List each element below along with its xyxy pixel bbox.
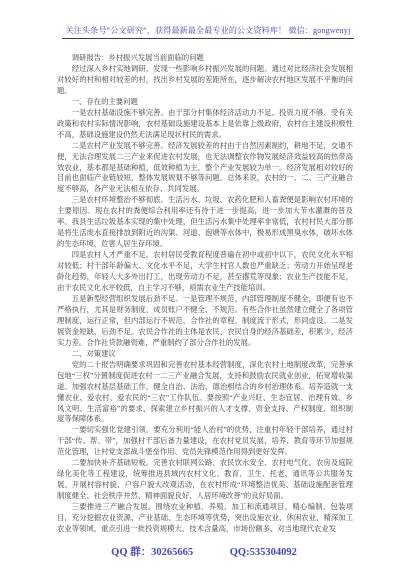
qq-number: QQ:535304092	[230, 547, 297, 558]
header-promo-text: 关注头条号“公文研究”，获得最新最全最专业的公文资料库！ 微信：gongweny…	[66, 23, 351, 39]
document-body: 调研报告：乡村振兴发展当前面临的问题经过深入乡村实地调研，发现一些影响乡村振兴发…	[57, 53, 353, 535]
doc-paragraph: 五是新型经营组织发展后劲不足。一是管理不规范，内部管理制度不健全，即便有也不严格…	[57, 294, 353, 349]
document-page: 关注头条号“公文研究”，获得最新最全最专业的公文资料库！ 微信：gongweny…	[0, 0, 408, 580]
doc-paragraph: 一要切实强化党建引领。要充分利用“能人治村”的优势，注重村年轻干部培养，通过村干…	[57, 425, 353, 458]
footer-contact: QQ 群：30265665 QQ:535304092	[0, 544, 408, 559]
header-banner: 关注头条号“公文研究”，获得最新最全最专业的公文资料库！ 微信：gongweny…	[62, 20, 354, 39]
doc-title: 调研报告：乡村振兴发展当前面临的问题	[57, 53, 353, 64]
doc-paragraph: 经过深入乡村实地调研，发现一些影响乡村振兴发展的问题。通过对比经济社会发展相对较…	[57, 64, 353, 97]
doc-paragraph: 三是农村环境整治不够彻底。生活污水、垃圾、农药化肥和人畜粪便是影响农村环境的主要…	[57, 195, 353, 250]
doc-paragraph: 二是农村产业发展不够完善。经济发展较差的村由于自然因素制约，耕地不足，交通不便，…	[57, 141, 353, 196]
doc-paragraph: 党的二十报告明确要求巩固和完善农村基本经营制度，深化农村土地制度改革，完善承包地…	[57, 360, 353, 426]
qq-group-number: QQ 群：30265665	[111, 547, 193, 558]
doc-paragraph: 一是农村基础设施不够完善。由于部分村集体经济活动力不足、投资力度不够、受有关政策…	[57, 108, 353, 141]
doc-paragraph: 三要推进三产融合发展。围绕农业种植、养殖、加工和流通项目，精心编制、包装项目，充…	[57, 502, 353, 535]
section-heading: 一、存在的主要问题	[57, 97, 353, 108]
doc-paragraph: 四是农村人才严重不足。农村居民受教育程度普遍在初中或初中以下，农民文化水平相对较…	[57, 250, 353, 294]
section-heading: 二、对策建议	[57, 349, 353, 360]
doc-paragraph: 二要加快补齐基础短板。完善农村联网公路、农民饮水安全、农村电气化、农房及庭院绿化…	[57, 458, 353, 502]
